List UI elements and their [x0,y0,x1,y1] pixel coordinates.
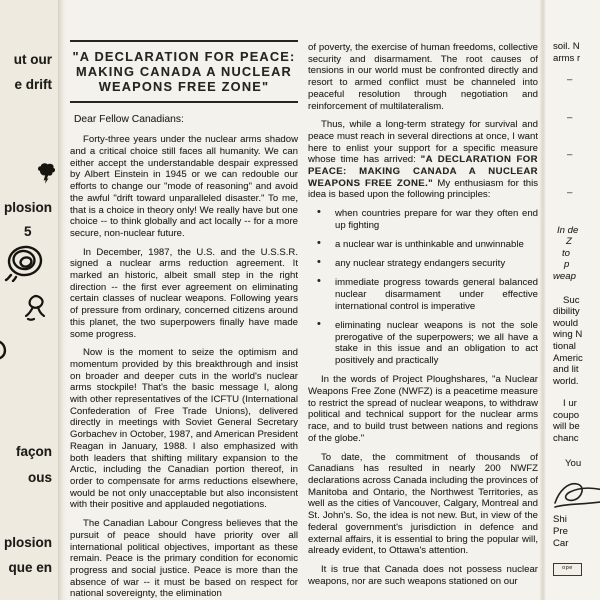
paragraph-with-bold-declaration: Thus, while a long-term strategy for sur… [308,119,538,201]
right-text-fragment: Shi [553,514,600,526]
scribble-globe-icon [4,242,46,287]
dash-list-marker: – [553,112,600,124]
pamphlet-title: "A DECLARATION FOR PEACE: MAKING CANADA … [70,49,298,95]
title-line-3: WEAPONS FREE ZONE" [70,79,298,94]
right-text-fragment: coupo [553,410,600,422]
paragraph: To date, the commitment of thousands of … [308,452,538,557]
title-rule-bottom [70,101,298,103]
principle-bullet-item: a nuclear war is unthinkable and unwinna… [308,239,538,251]
signature-scrawl [553,472,600,514]
dash-list-marker: – [553,74,600,86]
right-dash-list: –––– [553,74,600,198]
right-text-fragment: soil. N [553,41,600,53]
right-text-fragment: dibility [553,306,600,318]
paragraph: Now is the moment to seize the optimism … [70,347,298,511]
right-body-lines: Sucdibilitywouldwing NtionalAmericand li… [553,295,600,388]
union-label: ope [553,563,582,576]
dash-list-marker: – [553,149,600,161]
left-text-fragment: 5 [24,224,32,239]
principle-bullet-item: any nuclear strategy endangers security [308,258,538,270]
paragraph: It is true that Canada does not possess … [308,564,538,587]
left-text-fragment: ous [28,470,52,485]
right-text-fragment: arms r [553,53,600,65]
right-text-fragment: and lit [553,364,600,376]
paragraph: In the words of Project Ploughshares, "a… [308,374,538,444]
left-text-fragment: ut our [14,52,52,67]
principle-bullet-item: immediate progress towards general balan… [308,277,538,312]
right-text-fragment: will be [553,421,600,433]
paragraph: of poverty, the exercise of human freedo… [308,42,538,112]
right-quote-fragment: to [553,248,600,260]
right-opening-lines: soil. Narms r [553,41,600,64]
middle-panel: of poverty, the exercise of human freedo… [308,0,538,600]
principle-bullet-item: when countries prepare for war they ofte… [308,208,538,231]
title-rule-top [70,40,298,42]
title-line-2: MAKING CANADA A NUCLEAR [70,64,298,79]
scanned-pamphlet-page: ut our e drift plosion 5 façon ous plosi… [0,0,600,600]
left-panel-cutoff: ut our e drift plosion 5 façon ous plosi… [0,0,58,600]
right-quote-fragment: p [553,259,600,271]
panel-fold-left [58,0,68,600]
right-panel-cutoff: soil. Narms r –––– In deZtopweap Sucdibi… [546,0,600,600]
right-text-fragment: Car [553,538,600,550]
title-line-1: "A DECLARATION FOR PEACE: [70,49,298,64]
left-text-fragment: e drift [14,77,52,92]
paragraph: Forty-three years under the nuclear arms… [70,134,298,239]
right-text-fragment: world. [553,376,600,388]
mushroom-cloud-icon [34,162,58,191]
right-quote-fragment: Z [553,236,600,248]
right-quote-fragment: weap [553,271,600,283]
right-text-fragment: wing N [553,329,600,341]
paragraph: The Canadian Labour Congress believes th… [70,518,298,600]
right-quote-fragment: In de [553,225,600,237]
panel-fold-right [539,0,546,600]
principles-bullet-list: when countries prepare for war they ofte… [308,208,538,367]
right-italic-quote: In deZtopweap [553,225,600,283]
salutation: Dear Fellow Canadians: [74,114,298,126]
valediction: You [553,458,600,470]
right-closing-lines: I urcoupowill bechanc [553,398,600,444]
right-text-fragment: Suc [553,295,600,307]
main-panel-body: Forty-three years under the nuclear arms… [70,134,298,600]
principle-bullet-item: eliminating nuclear weapons is not the s… [308,320,538,367]
signer-identity-lines: ShiPreCar [553,514,600,549]
left-text-fragment: que en [8,560,52,575]
left-text-fragment: plosion [4,200,52,215]
left-text-fragment: façon [16,444,52,459]
paragraph: In December, 1987, the U.S. and the U.S.… [70,247,298,341]
right-text-fragment: Americ [553,353,600,365]
partial-circle-icon [0,338,13,367]
right-text-fragment: Pre [553,526,600,538]
right-text-fragment: would [553,318,600,330]
right-text-fragment: chanc [553,433,600,445]
right-text-fragment: tional [553,341,600,353]
dash-list-marker: – [553,187,600,199]
scribble-figure-icon [24,294,46,327]
main-panel: "A DECLARATION FOR PEACE: MAKING CANADA … [70,0,298,600]
right-text-fragment: I ur [553,398,600,410]
left-text-fragment: plosion [4,535,52,550]
